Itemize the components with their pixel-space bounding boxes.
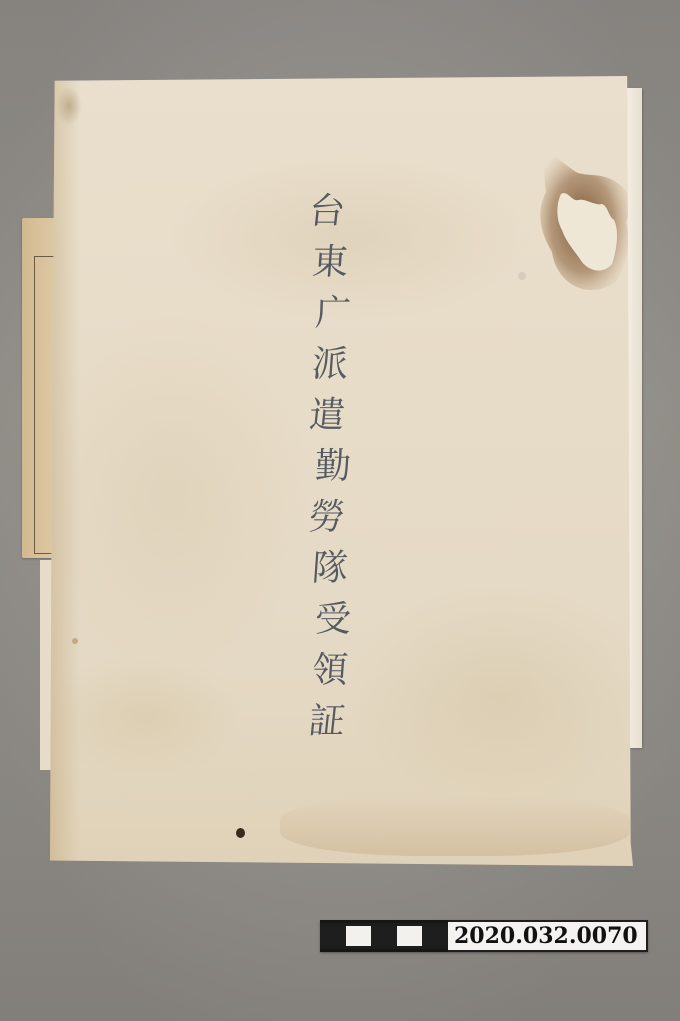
title-char: 隊 xyxy=(310,543,350,594)
title-char: 广 xyxy=(314,288,352,339)
stain-dot xyxy=(518,272,526,280)
corner-wear xyxy=(56,86,82,126)
accession-label: 2020.032.0070 xyxy=(448,920,648,952)
scale-segment-black xyxy=(371,926,397,946)
title-char: 東 xyxy=(310,237,350,288)
title-char: 遣 xyxy=(306,390,347,441)
water-stain-bottom xyxy=(280,796,630,856)
scale-and-accession-label: 2020.032.0070 xyxy=(320,920,648,952)
scale-segment-black xyxy=(320,926,346,946)
scale-segment-black xyxy=(422,926,448,946)
handwritten-title: 台 東 广 派 遣 勤 勞 隊 受 領 証 xyxy=(300,186,360,747)
stain-dot xyxy=(72,638,78,644)
title-char: 領 xyxy=(310,645,350,696)
title-char: 受 xyxy=(314,594,352,645)
burn-mark xyxy=(516,132,636,312)
title-char: 台 xyxy=(306,186,347,237)
water-stain-left xyxy=(50,76,80,866)
title-char: 勞 xyxy=(306,492,347,543)
document-cover-sheet: 台 東 广 派 遣 勤 勞 隊 受 領 証 xyxy=(50,76,633,866)
scale-segment-white xyxy=(397,926,423,946)
title-char: 派 xyxy=(310,339,350,390)
title-char: 勤 xyxy=(314,441,352,492)
scale-segment-white xyxy=(346,926,372,946)
accession-number: 2020.032.0070 xyxy=(454,923,638,949)
title-char: 証 xyxy=(306,696,347,747)
ink-spot xyxy=(236,828,245,838)
photo-scale-bar xyxy=(320,920,448,952)
